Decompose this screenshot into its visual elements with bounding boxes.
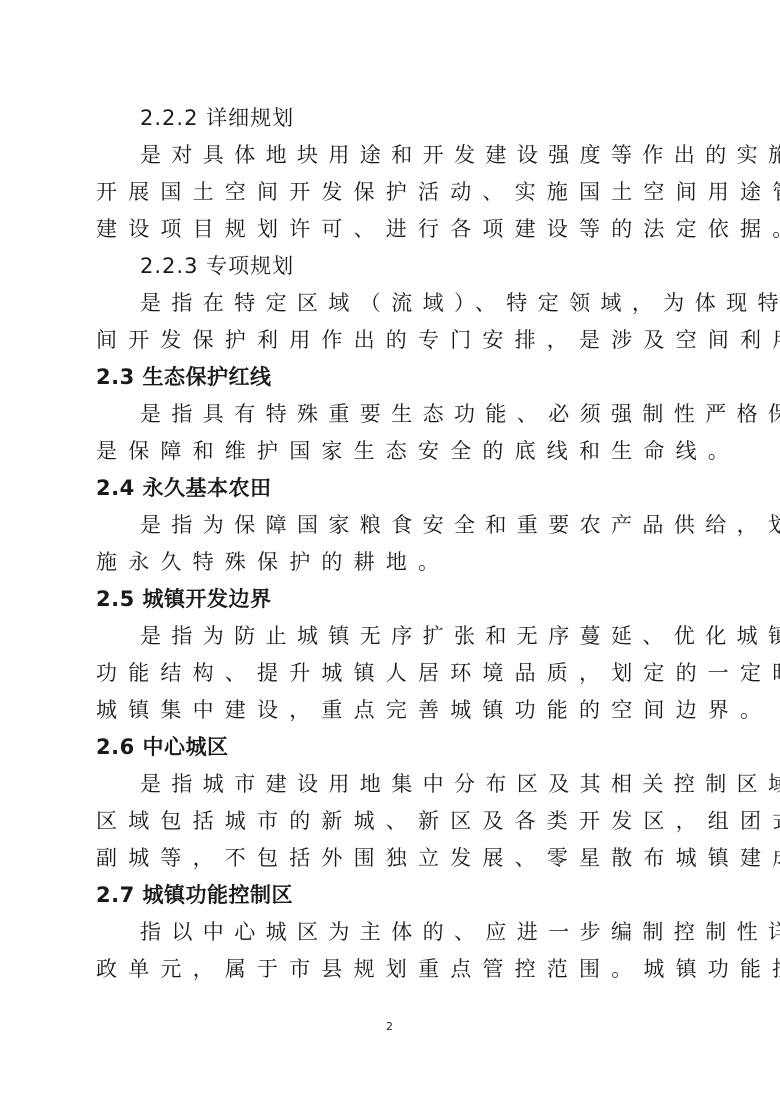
page-number: 2 (386, 1020, 393, 1033)
paragraph-line: 功能结构、提升城镇人居环境品质，划定的一定时期内可以进行 (96, 660, 696, 686)
section-heading-2-3: 2.3 生态保护红线 (96, 364, 696, 390)
paragraph-line: 是指城市建设用地集中分布区及其相关控制区域，相关控制 (140, 771, 740, 797)
paragraph-line: 是指为防止城镇无序扩张和无序蔓延、优化城镇布局形态和 (140, 623, 740, 649)
paragraph-line: 是对具体地块用途和开发建设强度等作出的实施性安排，是 (140, 142, 740, 168)
paragraph-line: 施永久特殊保护的耕地。 (96, 549, 696, 575)
paragraph-line: 间开发保护利用作出的专门安排，是涉及空间利用的专项规划。 (96, 327, 696, 353)
section-heading-2-5: 2.5 城镇开发边界 (96, 586, 696, 612)
section-heading-2-4: 2.4 永久基本农田 (96, 475, 696, 501)
paragraph-line: 城镇集中建设，重点完善城镇功能的空间边界。 (96, 697, 696, 723)
section-heading-2-6: 2.6 中心城区 (96, 734, 696, 760)
section-heading-2-2-2: 2.2.2 详细规划 (140, 105, 740, 131)
paragraph-line: 是保障和维护国家生态安全的底线和生命线。 (96, 438, 696, 464)
section-heading-2-7: 2.7 城镇功能控制区 (96, 882, 696, 908)
section-heading-2-2-3: 2.2.3 专项规划 (140, 253, 740, 279)
paragraph-line: 是指具有特殊重要生态功能、必须强制性严格保护的区域， (140, 401, 740, 427)
paragraph-line: 是指在特定区域（流域）、特定领域，为体现特定功能，对空 (140, 290, 740, 316)
paragraph-line: 建设项目规划许可、进行各项建设等的法定依据。 (96, 216, 696, 242)
paragraph-line: 区域包括城市的新城、新区及各类开发区，组团式城市的主城和 (96, 808, 696, 834)
paragraph-line: 政单元，属于市县规划重点管控范围。城镇功能控制区内的新增 (96, 956, 696, 982)
document-page: 2.2.2 详细规划 是对具体地块用途和开发建设强度等作出的实施性安排，是 开展… (0, 0, 780, 1106)
paragraph-line: 是指为保障国家粮食安全和重要农产品供给，划定的需要实 (140, 512, 740, 538)
paragraph-line: 指以中心城区为主体的、应进一步编制控制性详细规划的行 (140, 919, 740, 945)
paragraph-line: 开展国土空间开发保护活动、实施国土空间用途管制、核发城乡 (96, 179, 696, 205)
paragraph-line: 副城等，不包括外围独立发展、零星散布城镇建成区。 (96, 845, 696, 871)
